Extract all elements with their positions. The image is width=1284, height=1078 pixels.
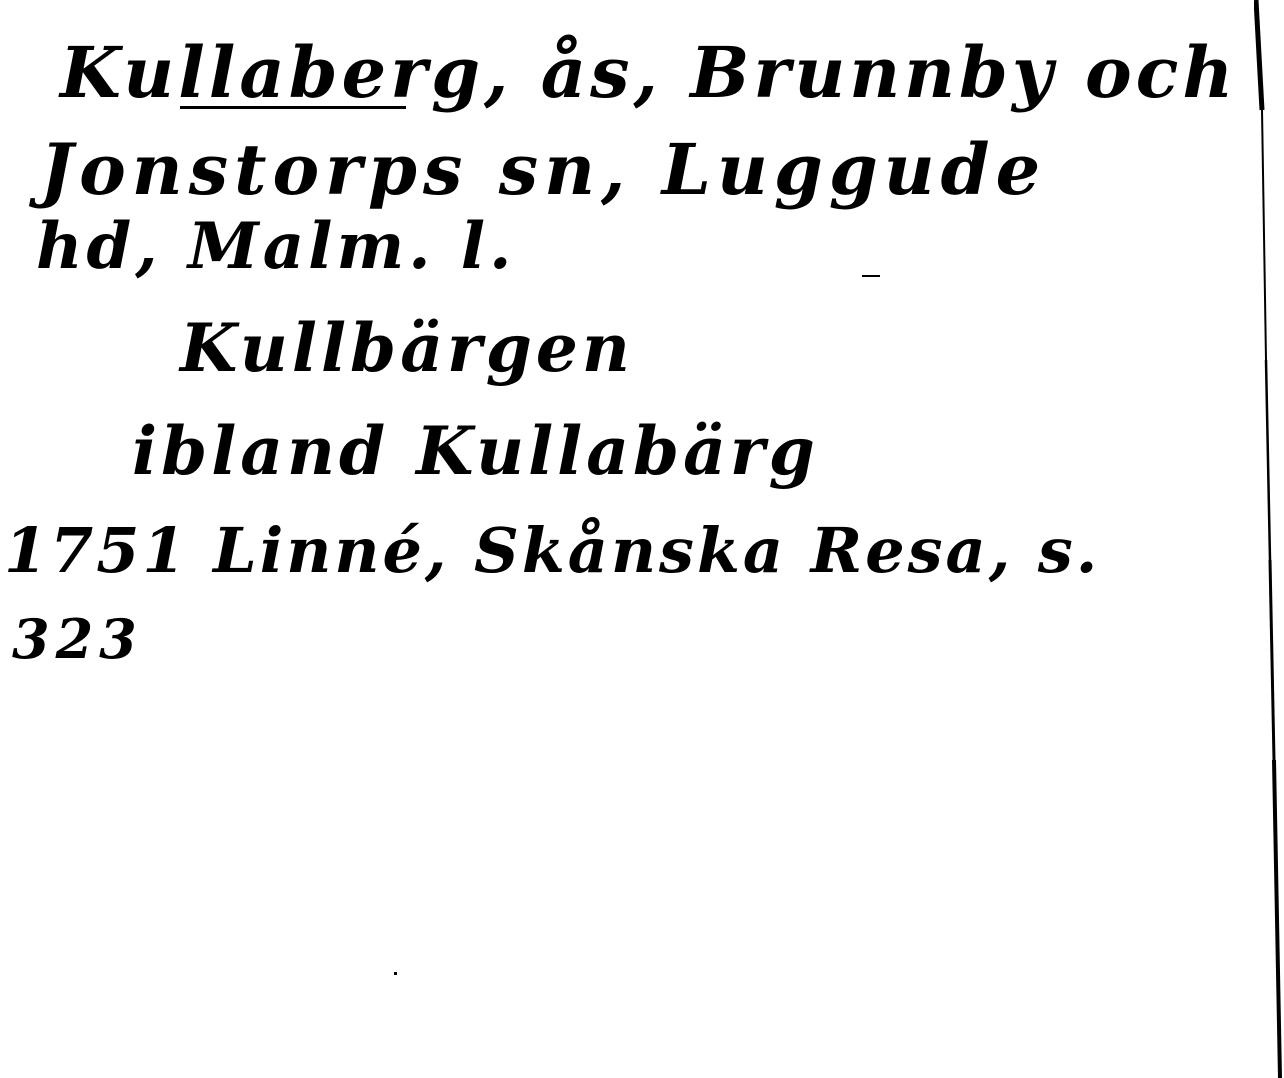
scan-speck: [394, 972, 397, 975]
line-parish-district: Jonstorps sn, Luggude: [40, 135, 1046, 205]
line-source-page: 323: [12, 612, 143, 666]
line-source-citation: 1751 Linné, Skånska Resa, s.: [4, 520, 1100, 582]
stray-mark: [862, 275, 880, 277]
place-name-underline: [180, 106, 406, 109]
card-edge-border: [1254, 0, 1284, 1078]
line-place-heading: Kullaberg, ås, Brunnby och: [60, 38, 1237, 108]
line-county: hd, Malm. l.: [36, 215, 515, 279]
line-form-variant: Kullbärgen: [180, 315, 634, 381]
record-card: Kullaberg, ås, Brunnby och Jonstorps sn,…: [0, 0, 1284, 1078]
line-alternate-form: ibland Kullabärg: [132, 418, 819, 484]
